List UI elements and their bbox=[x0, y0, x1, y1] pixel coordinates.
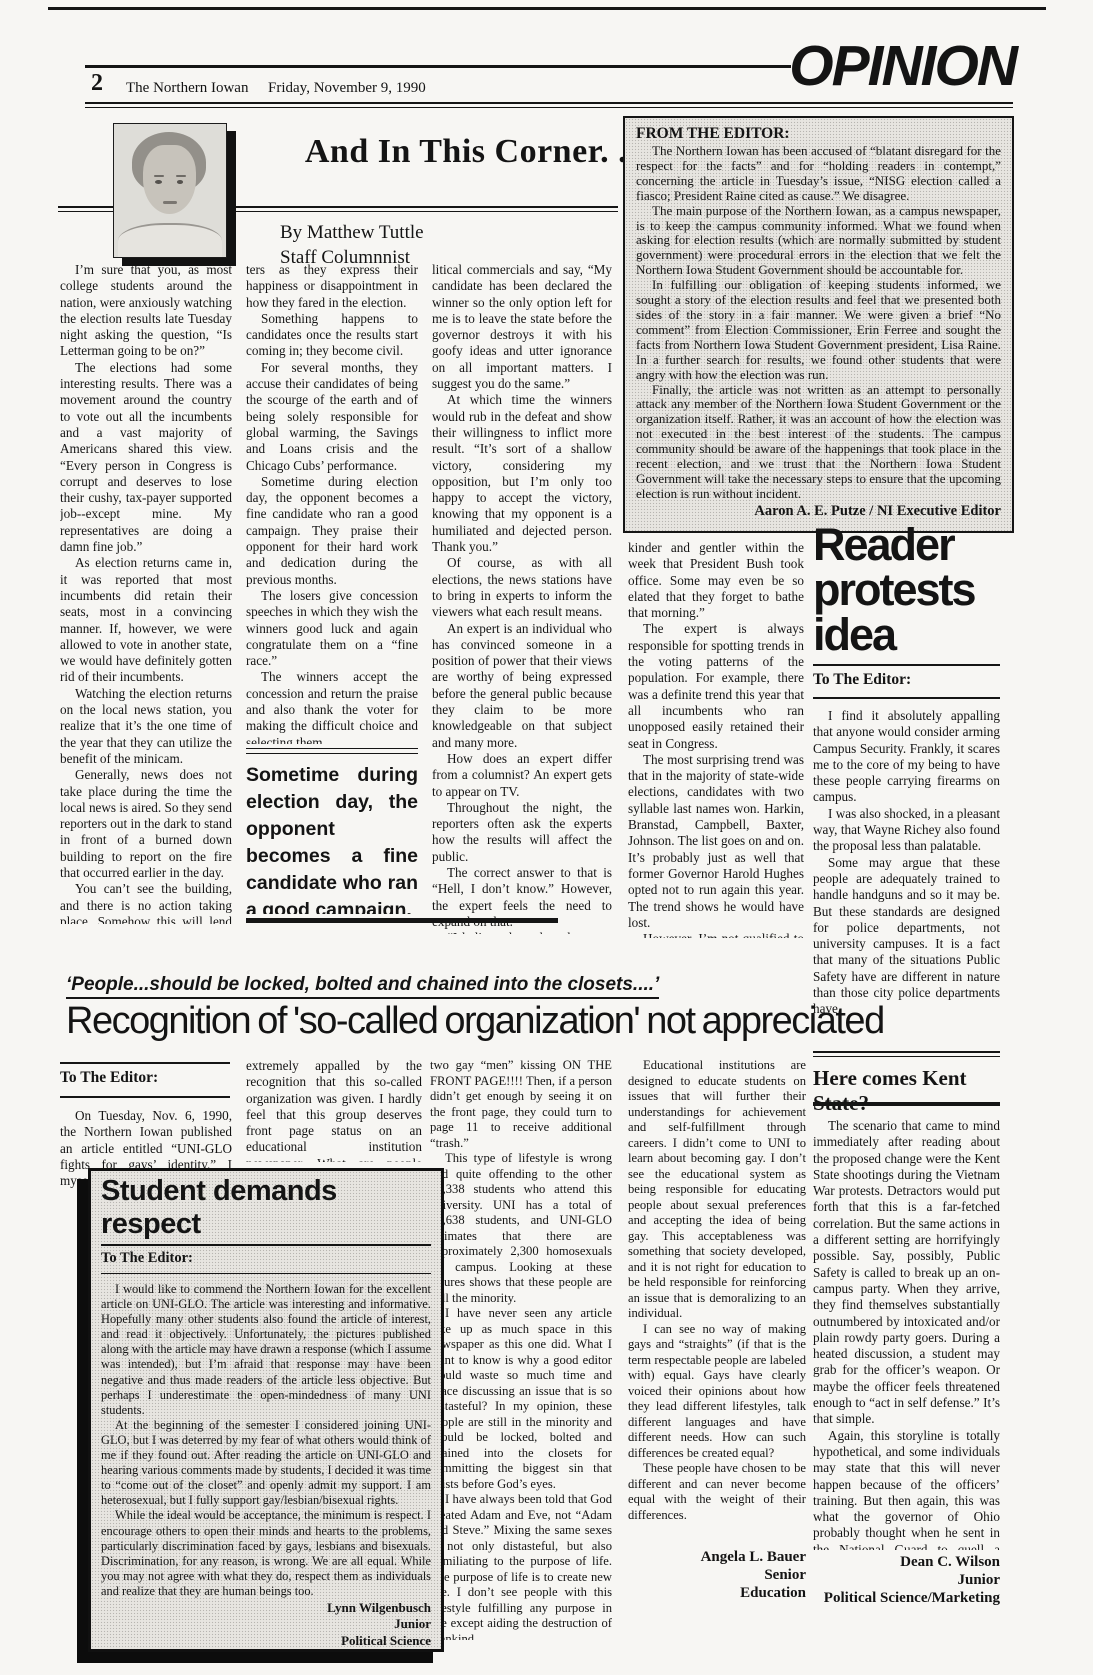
respect-box-body: I would like to commend the Northern Iow… bbox=[101, 1282, 431, 1599]
paragraph: Of course, as with all elections, the ne… bbox=[432, 555, 612, 620]
paragraph: The winners accept the concession and re… bbox=[246, 669, 418, 744]
page-number: 2 bbox=[91, 70, 103, 97]
paragraph: How does an expert differ from a columni… bbox=[432, 751, 612, 800]
paragraph: Sometime during election day, the oppone… bbox=[246, 474, 418, 588]
paragraph: kinder and gentler within the week that … bbox=[628, 540, 804, 621]
photo-brow bbox=[154, 175, 164, 178]
signature-name: Angela L. Bauer bbox=[628, 1548, 806, 1566]
kent-rule-bottom bbox=[813, 1102, 1000, 1106]
recognition-headline: Recognition of 'so-called organization' … bbox=[66, 1000, 810, 1043]
paragraph: I have always been told that God created… bbox=[430, 1492, 612, 1640]
kent-state-body: The scenario that came to mind immediate… bbox=[813, 1118, 1000, 1550]
signature-major: Political Science/Marketing bbox=[813, 1589, 1000, 1607]
paragraph: While the ideal would be acceptance, the… bbox=[101, 1508, 431, 1599]
signature-major: Education bbox=[628, 1584, 806, 1602]
paragraph: Something happens to candidates once the… bbox=[246, 311, 418, 360]
signature-name: Dean C. Wilson bbox=[813, 1553, 1000, 1571]
pullquote-top-rule bbox=[246, 748, 418, 754]
pull-quote: Sometime during election day, the oppone… bbox=[246, 762, 418, 914]
photo-eye bbox=[177, 180, 184, 184]
kent-state-signature: Dean C. Wilson Junior Political Science/… bbox=[813, 1553, 1000, 1607]
paragraph: Watching the election returns on the loc… bbox=[60, 686, 232, 767]
editor-box-title: FROM THE EDITOR: bbox=[636, 124, 1001, 144]
paragraph: I would like to commend the Northern Iow… bbox=[101, 1282, 431, 1418]
paragraph: I have never seen any article take up as… bbox=[430, 1306, 612, 1492]
paragraph: The Northern Iowan has been accused of “… bbox=[636, 144, 1001, 204]
corner-col1: I’m sure that you, as most college stude… bbox=[60, 262, 232, 924]
photo-brow bbox=[176, 175, 186, 178]
photo-shirt bbox=[118, 223, 221, 258]
respect-box-headline: Student demands respect bbox=[101, 1175, 431, 1246]
editor-box-signature: Aaron A. E. Putze / NI Executive Editor bbox=[636, 504, 1001, 519]
paragraph: I’m sure that you, as most college stude… bbox=[60, 262, 232, 360]
paragraph: The main purpose of the Northern Iowan, … bbox=[636, 204, 1001, 279]
paragraph: The most surprising trend was that in th… bbox=[628, 752, 804, 931]
paragraph: Finally, the article was not written as … bbox=[636, 383, 1001, 502]
paragraph: This type of lifestyle is wrong and quit… bbox=[430, 1151, 612, 1306]
photo-face bbox=[143, 145, 196, 214]
paragraph: two gay “men” kissing ON THE FRONT PAGE!… bbox=[430, 1058, 612, 1151]
paragraph: As election returns came in, it was repo… bbox=[60, 555, 232, 685]
paragraph: Some may argue that these people are ade… bbox=[813, 855, 1000, 1018]
paragraph: The scenario that came to mind immediate… bbox=[813, 1118, 1000, 1428]
paragraph: The expert is always responsible for spo… bbox=[628, 621, 804, 751]
tte-rule-bottom bbox=[813, 697, 1000, 699]
rec-tte-rule-bottom bbox=[60, 1096, 230, 1098]
paper-date: Friday, November 9, 1990 bbox=[268, 80, 426, 97]
rec-tte-rule-top bbox=[60, 1062, 230, 1064]
paragraph: “I believe that when the voter wakes up … bbox=[432, 930, 612, 934]
paragraph: Generally, news does not take place duri… bbox=[60, 767, 232, 881]
student-respect-box: Student demands respect To The Editor: I… bbox=[88, 1168, 444, 1652]
paragraph: litical commercials and say, “My candida… bbox=[432, 262, 612, 392]
paragraph: An expert is an individual who has convi… bbox=[432, 621, 612, 751]
paragraph: For several months, they accuse their ca… bbox=[246, 360, 418, 474]
masthead-double-rule bbox=[85, 102, 1013, 108]
paragraph: Throughout the night, the reporters ofte… bbox=[432, 800, 612, 865]
paragraph: I was also shocked, in a pleasant way, t… bbox=[813, 806, 1000, 855]
photo-eye bbox=[155, 180, 162, 184]
recognition-signature: Angela L. Bauer Senior Education bbox=[628, 1548, 806, 1602]
recognition-salutation: To The Editor: bbox=[60, 1069, 158, 1087]
kent-state-headline: Here comes Kent State? bbox=[813, 1066, 1000, 1116]
tte-rule-top bbox=[813, 664, 1000, 666]
respect-box-signature: Lynn Wilgenbusch Junior Political Scienc… bbox=[101, 1600, 431, 1650]
kent-rule-top bbox=[813, 1051, 1000, 1057]
recognition-kicker: ‘People...should be locked, bolted and c… bbox=[66, 974, 659, 999]
corner-col4: kinder and gentler within the week that … bbox=[628, 540, 804, 938]
photo-mouth bbox=[163, 201, 176, 204]
paragraph: At the beginning of the semester I consi… bbox=[101, 1418, 431, 1509]
recognition-col4: Educational institutions are designed to… bbox=[628, 1058, 806, 1536]
paragraph: The elections had some interesting resul… bbox=[60, 360, 232, 556]
signature-class: Senior bbox=[628, 1566, 806, 1584]
paragraph: I find it absolutely appalling that anyo… bbox=[813, 708, 1000, 806]
section-logo: OPINION bbox=[778, 38, 1016, 95]
paragraph: ters as they express their happiness or … bbox=[246, 262, 418, 311]
paragraph: In fulfilling our obligation of keeping … bbox=[636, 278, 1001, 382]
signature-class: Junior bbox=[813, 1571, 1000, 1589]
masthead-rule bbox=[85, 65, 791, 68]
paragraph: These people have chosen to be different… bbox=[628, 1461, 806, 1523]
recognition-col3: two gay “men” kissing ON THE FRONT PAGE!… bbox=[430, 1058, 612, 1640]
reader-protests-headline: Reader protests idea bbox=[813, 522, 1013, 657]
paragraph: You can’t see the building, and there is… bbox=[60, 881, 232, 924]
corner-byline: By Matthew Tuttle bbox=[280, 220, 424, 245]
columnist-photo bbox=[113, 123, 227, 258]
reader-protests-salutation: To The Editor: bbox=[813, 671, 911, 689]
paragraph: Educational institutions are designed to… bbox=[628, 1058, 806, 1322]
paragraph: I can see no way of making gays and “str… bbox=[628, 1322, 806, 1462]
paragraph: At which time the winners would rub in t… bbox=[432, 392, 612, 555]
paragraph: However, I’m not qualified to make such … bbox=[628, 931, 804, 938]
paragraph: extremely appalled by the recognition th… bbox=[246, 1058, 422, 1162]
corner-col3: litical commercials and say, “My candida… bbox=[432, 262, 612, 934]
paragraph: The losers give concession speeches in w… bbox=[246, 588, 418, 669]
paragraph: Again, this storyline is totally hypothe… bbox=[813, 1428, 1000, 1550]
newspaper-page: OPINION 2 The Northern Iowan Friday, Nov… bbox=[0, 0, 1093, 1675]
editor-box-body: The Northern Iowan has been accused of “… bbox=[636, 144, 1001, 502]
signature-class: Junior bbox=[101, 1616, 431, 1633]
paper-name: The Northern Iowan bbox=[126, 80, 248, 97]
signature-name: Lynn Wilgenbusch bbox=[101, 1600, 431, 1617]
recognition-col2: extremely appalled by the recognition th… bbox=[246, 1058, 422, 1162]
from-the-editor-box: FROM THE EDITOR: The Northern Iowan has … bbox=[623, 116, 1014, 533]
paragraph: The correct answer to that is “Hell, I d… bbox=[432, 865, 612, 930]
signature-major: Political Science bbox=[101, 1633, 431, 1650]
corner-col2: ters as they express their happiness or … bbox=[246, 262, 418, 744]
respect-box-salutation: To The Editor: bbox=[101, 1246, 431, 1274]
page-top-edge bbox=[48, 7, 1046, 10]
reader-protests-body: I find it absolutely appalling that anyo… bbox=[813, 708, 1000, 1046]
